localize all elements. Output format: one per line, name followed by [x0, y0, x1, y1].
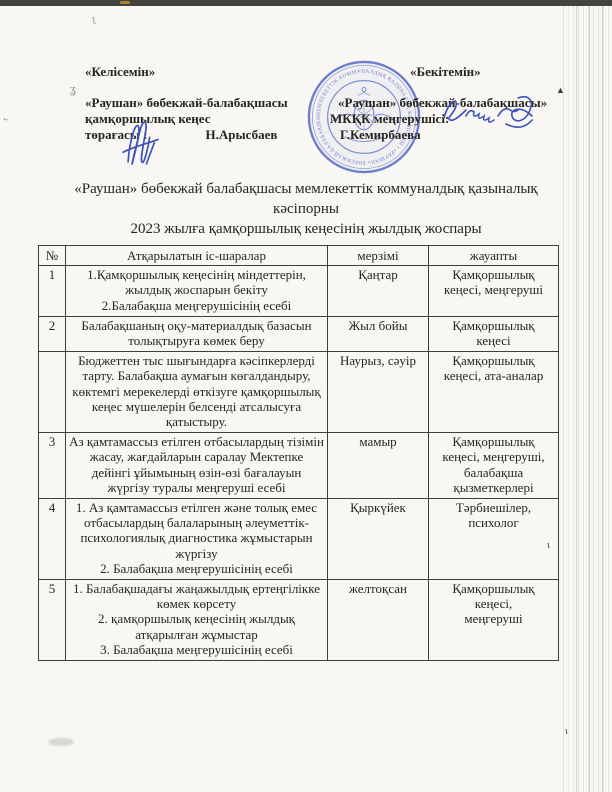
row-term: мамыр — [328, 433, 429, 499]
annual-plan-table: № Атқарылатын іс-шаралар мерзімі жауапты… — [38, 245, 559, 661]
row-number: 4 — [39, 499, 66, 580]
table-row: 5 1. Балабақшадағы жаңажылдық ертеңгілік… — [39, 580, 559, 661]
scan-edge-strip — [0, 0, 612, 6]
row-number: 2 — [39, 316, 66, 351]
row-responsible: Қамқоршылық кеңесі, меңгеруші — [429, 266, 559, 317]
row-activity: Аз қамтамассыз етілген отбасылардың тізі… — [66, 433, 328, 499]
header-right-block: «Бекітемін» «Раушан» бөбекжай-балабақшас… — [330, 64, 575, 143]
row-activity: 1.Қамқоршылық кеңесінің міндеттерін, жыл… — [66, 266, 328, 317]
agree-label: «Келісемін» — [85, 64, 330, 80]
row-term: Қыркүйек — [328, 499, 429, 580]
org-name-line1: «Раушан» бөбекжай-балабақшасы — [85, 95, 330, 111]
scan-speck — [120, 1, 130, 4]
row-responsible: Қамқоршылық кеңесі, ата-аналар — [429, 352, 559, 433]
approve-label: «Бекітемін» — [410, 64, 575, 80]
row-responsible: Тәрбиешілер, психолог — [429, 499, 559, 580]
row-term: Қаңтар — [328, 266, 429, 317]
col-header-activities: Атқарылатын іс-шаралар — [66, 246, 328, 266]
scan-artifact: ˾ — [4, 110, 8, 121]
row-responsible: Қамқоршылық кеңесі, меңгеруші — [429, 580, 559, 661]
col-header-number: № — [39, 246, 66, 266]
table-row: 4 1. Аз қамтамассыз етілген және толық е… — [39, 499, 559, 580]
scan-artifact: ʓ — [70, 82, 76, 95]
table-row: 2 Балабақшаның оқу-материалдық базасын т… — [39, 316, 559, 351]
row-activity: Балабақшаның оқу-материалдық базасын тол… — [66, 316, 328, 351]
chairman-label: төрағасы : — [85, 127, 148, 143]
document-title: «Раушан» бөбекжай балабақшасы мемлекетті… — [52, 179, 560, 239]
row-number: 5 — [39, 580, 66, 661]
org-name-line1: «Раушан» бөбекжай-балабақшасы» — [338, 95, 575, 111]
row-responsible: Қамқоршылық кеңесі, меңгеруші, балабақша… — [429, 433, 559, 499]
director-name: Г.Кемирбаева — [340, 127, 575, 143]
row-activity: 1. Балабақшадағы жаңажылдық ертеңгілікке… — [66, 580, 328, 661]
scan-artifact: ʅ — [92, 16, 97, 27]
scan-smudge — [48, 738, 74, 746]
table-row: Бюджеттен тыс шығындарға кәсіпкерлерді т… — [39, 352, 559, 433]
row-number — [39, 352, 66, 433]
col-header-term: мерзімі — [328, 246, 429, 266]
row-term: Наурыз, сәуір — [328, 352, 429, 433]
row-term: Жыл бойы — [328, 316, 429, 351]
scan-artifact: ι — [565, 726, 568, 737]
row-term: желтоқсан — [328, 580, 429, 661]
table-row: 1 1.Қамқоршылық кеңесінің міндеттерін, ж… — [39, 266, 559, 317]
row-activity: 1. Аз қамтамассыз етілген және толық еме… — [66, 499, 328, 580]
scanned-document-page: ʅ ʓ ˾ ▲ ι ι МЕМЛЕКЕТТІК КОММУНАЛДЫҚ ҚАЗЫ… — [0, 0, 612, 792]
chairman-name: Н.Арысбаев — [206, 127, 278, 143]
title-line1: «Раушан» бөбекжай балабақшасы мемлекетті… — [52, 179, 560, 219]
row-number: 3 — [39, 433, 66, 499]
director-label: МКҚК меңгерушісі: — [330, 111, 575, 127]
org-name-line2: қамқоршылық кеңес — [85, 111, 330, 127]
row-activity: Бюджеттен тыс шығындарға кәсіпкерлерді т… — [66, 352, 328, 433]
table-header-row: № Атқарылатын іс-шаралар мерзімі жауапты — [39, 246, 559, 266]
row-number: 1 — [39, 266, 66, 317]
title-line2: 2023 жылға қамқоршылық кеңесінің жылдық … — [52, 219, 560, 239]
row-responsible: Қамқоршылық кеңесі — [429, 316, 559, 351]
col-header-responsible: жауапты — [429, 246, 559, 266]
header-left-block: «Келісемін» «Раушан» бөбекжай-балабақшас… — [85, 64, 330, 143]
table-row: 3 Аз қамтамассыз етілген отбасылардың ті… — [39, 433, 559, 499]
